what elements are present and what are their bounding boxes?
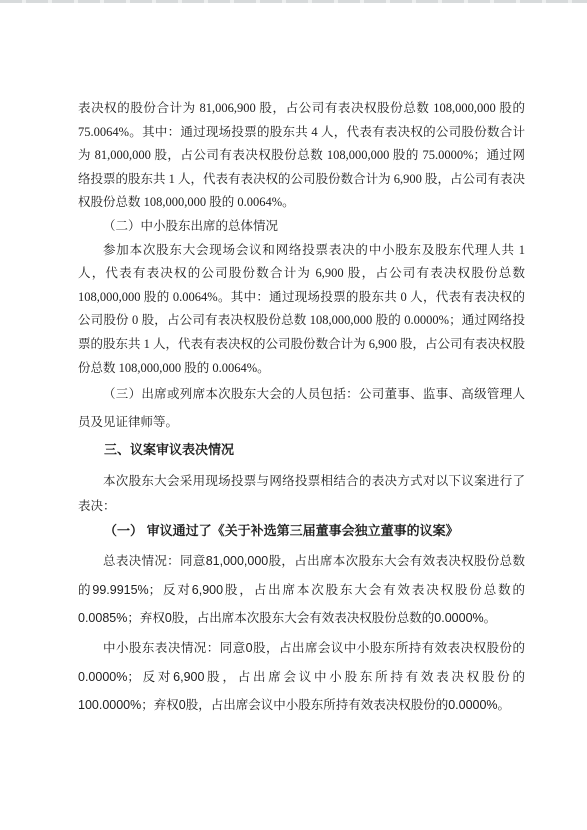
paragraph: 参加本次股东大会现场会议和网络投票表决的中小股东及股东代理人共 1 人，代表有表…	[78, 239, 525, 381]
page-top-edge	[0, 0, 587, 3]
section-heading: （一） 审议通过了《关于补选第三届董事会独立董事的议案》	[78, 519, 525, 543]
paragraph: 表决权的股份合计为 81,006,900 股，占公司有表决权股份总数 108,0…	[78, 97, 525, 215]
paragraph: 总表决情况：同意81,000,000股，占出席本次股东大会有效表决权股份总数的9…	[78, 547, 525, 632]
section-heading: 三、议案审议表决情况	[78, 436, 525, 464]
document-body: 表决权的股份合计为 81,006,900 股，占公司有表决权股份总数 108,0…	[78, 97, 525, 720]
paragraph: （二）中小股东出席的总体情况	[78, 215, 525, 239]
paragraph: 本次股东大会采用现场投票与网络投票相结合的表决方式对以下议案进行了表决：	[78, 469, 525, 519]
paragraph: （三）出席或列席本次股东大会的人员包括：公司董事、监事、高级管理人员及见证律师等…	[78, 380, 525, 436]
paragraph: 中小股东表决情况：同意0股，占出席会议中小股东所持有效表决权股份的0.0000%…	[78, 634, 525, 719]
document-page: 表决权的股份合计为 81,006,900 股，占公司有表决权股份总数 108,0…	[0, 0, 587, 830]
